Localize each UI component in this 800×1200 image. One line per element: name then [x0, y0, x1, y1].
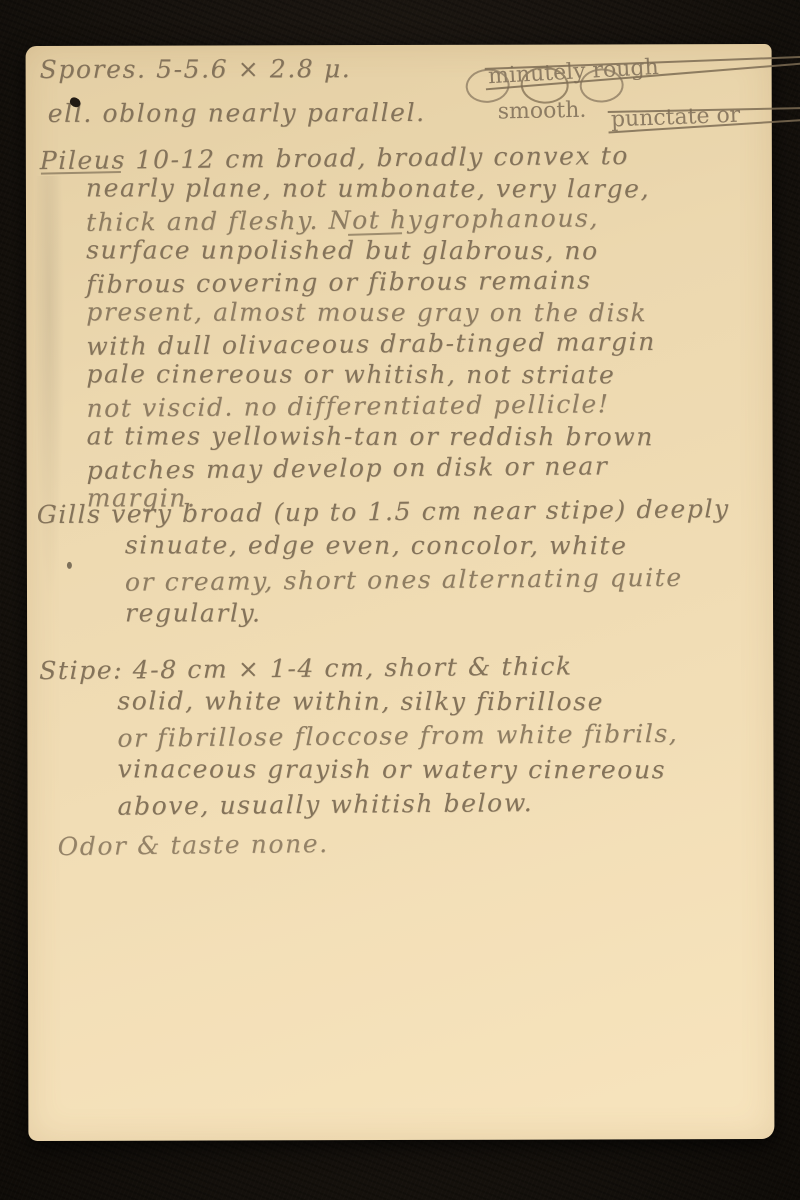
odor-taste-line: Odor & taste none.	[57, 828, 328, 862]
gills-paragraph: Gills very broad (up to 1.5 cm near stip…	[37, 494, 767, 632]
stipe-paragraph: Stipe: 4-8 cm × 1-4 cm, short & thicksol…	[39, 650, 767, 822]
handwritten-line: fibrous covering or fibrous remains	[86, 263, 764, 300]
spores-measurement: Spores. 5-5.6 × 2.8 μ.	[40, 53, 352, 85]
handwritten-line: Pileus 10-12 cm broad, broadly convex to	[40, 139, 764, 176]
handwritten-line: with dull olivaceous drab-tinged margin	[86, 325, 764, 362]
handwritten-line: or creamy, short ones alternating quite	[125, 560, 767, 600]
struck-text-punctate-or: punctate or	[611, 79, 800, 133]
handwritten-line: above, usually whitish below.	[117, 784, 767, 824]
handwritten-line: present, almost mouse gray on the disk	[86, 296, 764, 328]
photo-background: Spores. 5-5.6 × 2.8 μ. minutely rough pu…	[0, 0, 800, 1200]
correction-smooth: smooth.	[497, 98, 586, 126]
handwritten-line: surface unpolished but glabrous, no	[86, 234, 764, 266]
handwritten-line: not viscid. no differentiated pellicle!	[86, 387, 764, 424]
handwritten-line: or fibrillose floccose from white fibril…	[117, 716, 767, 756]
handwritten-line: regularly.	[125, 596, 767, 631]
handwritten-line: Stipe: 4-8 cm × 1-4 cm, short & thick	[39, 648, 767, 688]
handwritten-line: solid, white within, silky fibrillose	[117, 684, 767, 719]
handwritten-line: patches may develop on disk or near	[87, 449, 765, 486]
handwritten-line: Gills very broad (up to 1.5 cm near stip…	[37, 492, 767, 532]
handwritten-line: pale cinereous or whitish, not striate	[86, 358, 764, 390]
handwritten-line: sinuate, edge even, concolor, white	[125, 528, 767, 563]
handwritten-line: nearly plane, not umbonate, very large,	[86, 172, 764, 204]
paper-speck	[67, 562, 72, 569]
spores-shape-line: ell. oblong nearly parallel.	[48, 97, 426, 129]
pileus-paragraph: Pileus 10-12 cm broad, broadly convex to…	[40, 141, 765, 515]
handwritten-line: at times yellowish-tan or reddish brown	[87, 420, 765, 452]
note-card: Spores. 5-5.6 × 2.8 μ. minutely rough pu…	[26, 44, 775, 1141]
handwritten-line: vinaceous grayish or watery cinereous	[117, 752, 767, 787]
handwritten-line: thick and fleshy. Not hygrophanous,	[86, 201, 764, 238]
